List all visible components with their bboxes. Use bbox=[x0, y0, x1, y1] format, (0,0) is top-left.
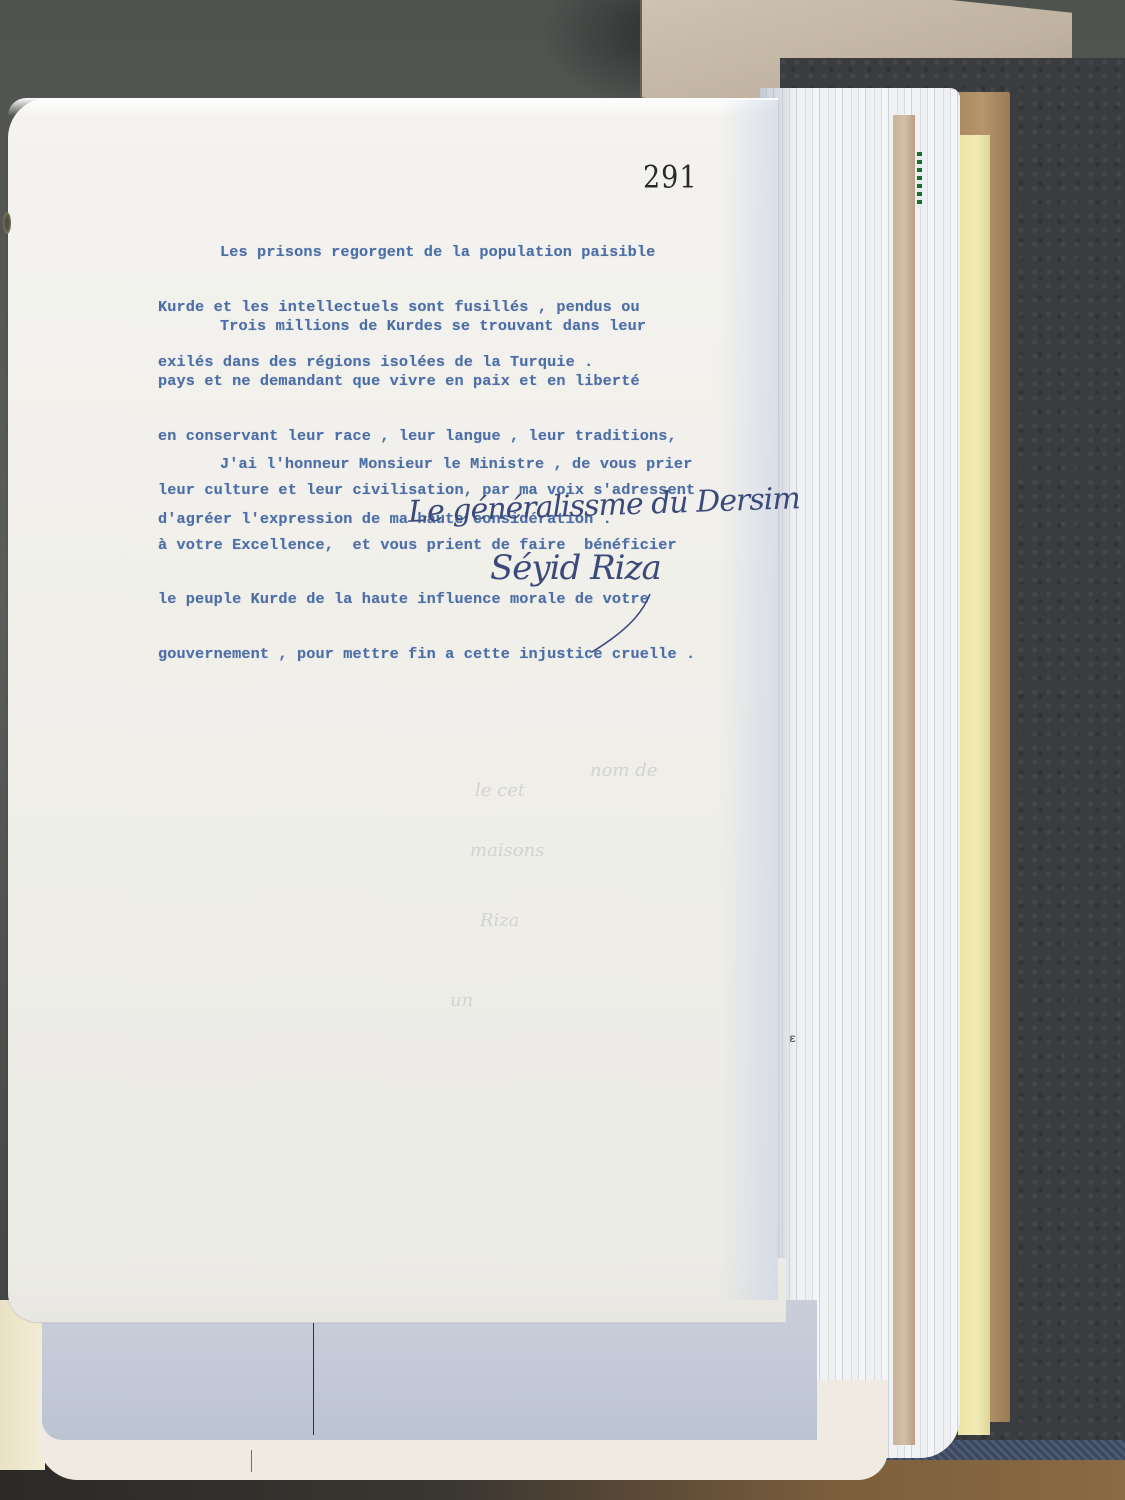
red-margin-mark bbox=[251, 1450, 252, 1472]
blue-sheet-rule-line bbox=[313, 1315, 314, 1435]
bleed-through-text: un bbox=[450, 990, 473, 1011]
text-line: pays et ne demandant que vivre en paix e… bbox=[158, 372, 798, 390]
text-line: le peuple Kurde de la haute influence mo… bbox=[158, 590, 798, 608]
green-tab-marks bbox=[917, 152, 922, 208]
text-line: J'ai l'honneur Monsieur le Ministre , de… bbox=[158, 455, 798, 473]
signature-flourish-icon bbox=[588, 592, 658, 654]
punch-hole bbox=[3, 212, 11, 234]
signature-name: Séyid Riza bbox=[490, 548, 661, 588]
page-bottom-curl bbox=[8, 1258, 786, 1323]
yellow-divider-sheet bbox=[958, 135, 990, 1435]
bleed-through-text: le cet bbox=[475, 780, 525, 801]
text-line: Trois millions de Kurdes se trouvant dan… bbox=[158, 317, 798, 335]
stray-ink-mark: ε bbox=[789, 1032, 796, 1046]
text-line: gouvernement , pour mettre fin a cette i… bbox=[158, 645, 798, 663]
bleed-through-text: maisons bbox=[470, 840, 544, 861]
kraft-divider bbox=[893, 115, 915, 1445]
bleed-through-text: Riza bbox=[480, 910, 520, 931]
text-line: Les prisons regorgent de la population p… bbox=[158, 243, 798, 261]
page-number: 291 bbox=[643, 160, 698, 196]
bleed-through-text: nom de bbox=[590, 760, 657, 781]
